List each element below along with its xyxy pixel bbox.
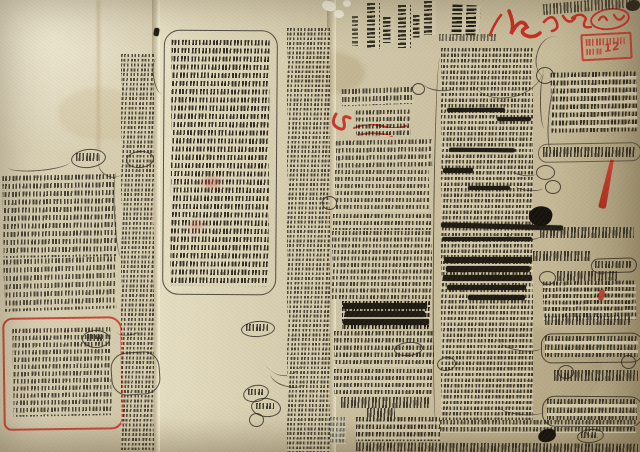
margin-balloon-text — [547, 399, 637, 420]
note-bubble-scribble — [248, 389, 263, 395]
margin-balloon-row — [533, 251, 591, 261]
margin-annotation — [333, 214, 431, 230]
left-paragraph-continued — [3, 256, 117, 311]
margin-balloon-text — [550, 71, 637, 132]
circled-number — [322, 196, 337, 210]
margin-label-scribble — [76, 153, 100, 161]
margin-balloon-row — [554, 370, 638, 381]
margin-balloon-row — [540, 227, 634, 238]
strikeout-mark — [443, 168, 473, 173]
title-side-column — [352, 16, 360, 46]
red-pencil-smudge — [190, 221, 203, 230]
title-brush-column — [413, 15, 423, 38]
margin-balloon-row — [545, 316, 631, 325]
margin-annotation — [336, 139, 432, 168]
strikeout-mark — [468, 295, 525, 300]
title-brush-column — [383, 17, 394, 43]
margin-balloon-row — [543, 147, 635, 157]
strikeout-mark — [497, 117, 531, 121]
strikeout-mark — [444, 257, 532, 263]
red-pencil-smudge — [203, 177, 220, 188]
balloon-outline — [110, 350, 162, 396]
strikeout-mark — [343, 319, 429, 325]
strikeout-mark — [443, 275, 532, 281]
correction-note-text — [356, 110, 410, 137]
margin-annotation-row — [341, 397, 429, 408]
circled-number — [412, 83, 425, 95]
note-bubble-scribble — [256, 403, 274, 409]
title-brush-column — [398, 5, 411, 48]
bottom-full-row — [356, 442, 638, 452]
pencil-column — [330, 417, 346, 444]
note-under-title — [342, 87, 415, 107]
quotation-text — [170, 40, 269, 287]
narrow-column-text — [287, 28, 330, 452]
torn-paper-bit — [334, 10, 344, 18]
centered-scribble — [367, 408, 395, 417]
main-title-characters — [451, 5, 480, 36]
note-bubble — [249, 413, 264, 427]
circled-number — [621, 355, 636, 369]
margin-balloon-text — [545, 336, 638, 357]
strikeout-mark — [345, 311, 425, 317]
note-bubble-scribble — [581, 432, 598, 438]
strikeout-mark — [449, 148, 515, 153]
circled-word — [536, 165, 555, 180]
circled-word-scribble — [87, 334, 104, 341]
crease-line — [97, 0, 100, 150]
strikeout-mark — [447, 285, 526, 290]
margin-balloon-text — [543, 281, 636, 321]
stamp-row-characters — [586, 48, 602, 55]
torn-paper-bit — [342, 0, 351, 8]
margin-annotation — [335, 170, 429, 212]
bottom-annotation-rows — [356, 417, 440, 441]
note-bubble-scribble — [246, 324, 268, 331]
margin-annotation — [334, 369, 432, 396]
title-brush-column — [367, 3, 380, 49]
margin-balloon-row — [557, 271, 619, 281]
connector-line — [8, 155, 71, 173]
strikeout-mark — [468, 186, 510, 190]
strikeout-mark — [446, 266, 530, 272]
strikeout-mark — [447, 108, 505, 112]
circled-word — [545, 180, 561, 194]
left-paragraph — [2, 174, 116, 258]
archive-stamp: 12 — [580, 32, 632, 62]
balloon-scribble — [595, 261, 631, 268]
title-brush-column — [424, 1, 436, 35]
manuscript-photo: 12 — [0, 0, 640, 452]
stamp-number: 12 — [603, 39, 621, 55]
margin-annotation — [332, 231, 432, 299]
strikeout-mark — [343, 303, 427, 309]
